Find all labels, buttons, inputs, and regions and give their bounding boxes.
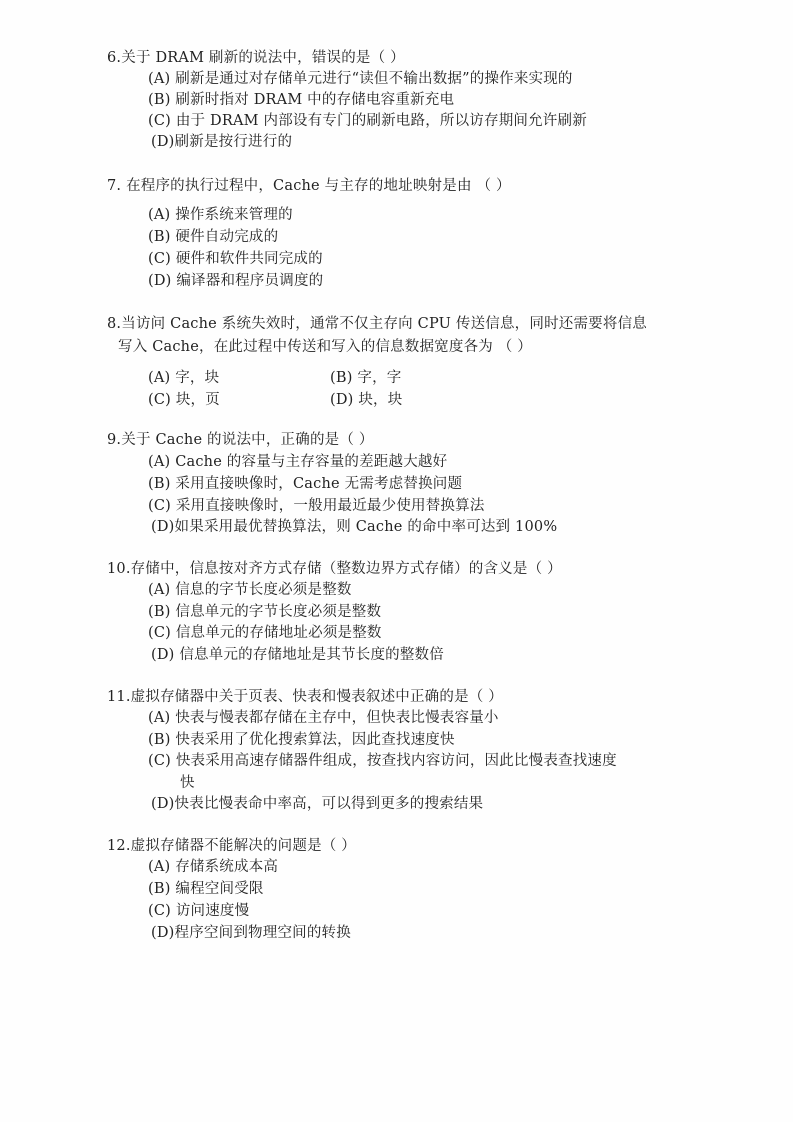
option-d: (D)快表比慢表命中率高，可以得到更多的搜索结果 [151, 794, 483, 814]
question-stem-continued: 写入 Cache，在此过程中传送和写入的信息数据宽度各为 （ ） [118, 337, 532, 357]
option-c: (C) 由于 DRAM 内部设有专门的刷新电路，所以访存期间允许刷新 [148, 111, 587, 131]
option-b: (B) 信息单元的字节长度必须是整数 [148, 602, 381, 622]
option-d: (D) 信息单元的存储地址是其节长度的整数倍 [151, 645, 444, 665]
question-stem: 7. 在程序的执行过程中，Cache 与主存的地址映射是由 （ ） [107, 176, 511, 196]
option-d: (D) 块，块 [330, 390, 402, 410]
question-stem: 11.虚拟存储器中关于页表、快表和慢表叙述中正确的是（ ） [107, 687, 503, 707]
option-a: (A) Cache 的容量与主存容量的差距越大越好 [148, 452, 447, 472]
option-a: (A) 字，块 [148, 368, 219, 388]
question-stem: 6.关于 DRAM 刷新的说法中，错误的是（ ） [107, 48, 405, 68]
question-stem: 9.关于 Cache 的说法中，正确的是（ ） [107, 430, 374, 450]
option-b: (B) 字，字 [330, 368, 402, 388]
option-b: (B) 编程空间受限 [148, 879, 264, 899]
option-d: (D)程序空间到物理空间的转换 [151, 923, 351, 943]
option-c: (C) 块，页 [148, 390, 220, 410]
option-b: (B) 快表采用了优化搜索算法，因此查找速度快 [148, 730, 455, 750]
option-c: (C) 信息单元的存储地址必须是整数 [148, 623, 382, 643]
option-a: (A) 存储系统成本高 [148, 857, 278, 877]
option-a: (A) 操作系统来管理的 [148, 205, 293, 225]
option-a: (A) 快表与慢表都存储在主存中，但快表比慢表容量小 [148, 708, 499, 728]
option-a: (A) 信息的字节长度必须是整数 [148, 580, 352, 600]
option-d: (D) 编译器和程序员调度的 [148, 271, 323, 291]
option-c: (C) 快表采用高速存储器件组成，按查找内容访问，因此比慢表查找速度 [148, 751, 617, 771]
option-c: (C) 硬件和软件共同完成的 [148, 249, 323, 269]
question-stem: 8.当访问 Cache 系统失效时，通常不仅主存向 CPU 传送信息，同时还需要… [107, 314, 647, 334]
option-c-continued: 快 [180, 773, 195, 793]
option-c: (C) 采用直接映像时，一般用最近最少使用替换算法 [148, 496, 485, 516]
option-d: (D)刷新是按行进行的 [151, 132, 292, 152]
option-b: (B) 硬件自动完成的 [148, 227, 278, 247]
option-c: (C) 访问速度慢 [148, 901, 249, 921]
option-a: (A) 刷新是通过对存储单元进行“读但不输出数据”的操作来实现的 [148, 69, 573, 89]
option-d: (D)如果采用最优替换算法，则 Cache 的命中率可达到 100% [151, 517, 557, 537]
exam-page: 6.关于 DRAM 刷新的说法中，错误的是（ ） (A) 刷新是通过对存储单元进… [0, 0, 793, 1122]
option-b: (B) 刷新时指对 DRAM 中的存储电容重新充电 [148, 90, 454, 110]
question-stem: 12.虚拟存储器不能解决的问题是（ ） [107, 836, 356, 856]
option-b: (B) 采用直接映像时，Cache 无需考虑替换问题 [148, 474, 462, 494]
question-stem: 10.存储中，信息按对齐方式存储（整数边界方式存储）的含义是（ ） [107, 559, 562, 579]
